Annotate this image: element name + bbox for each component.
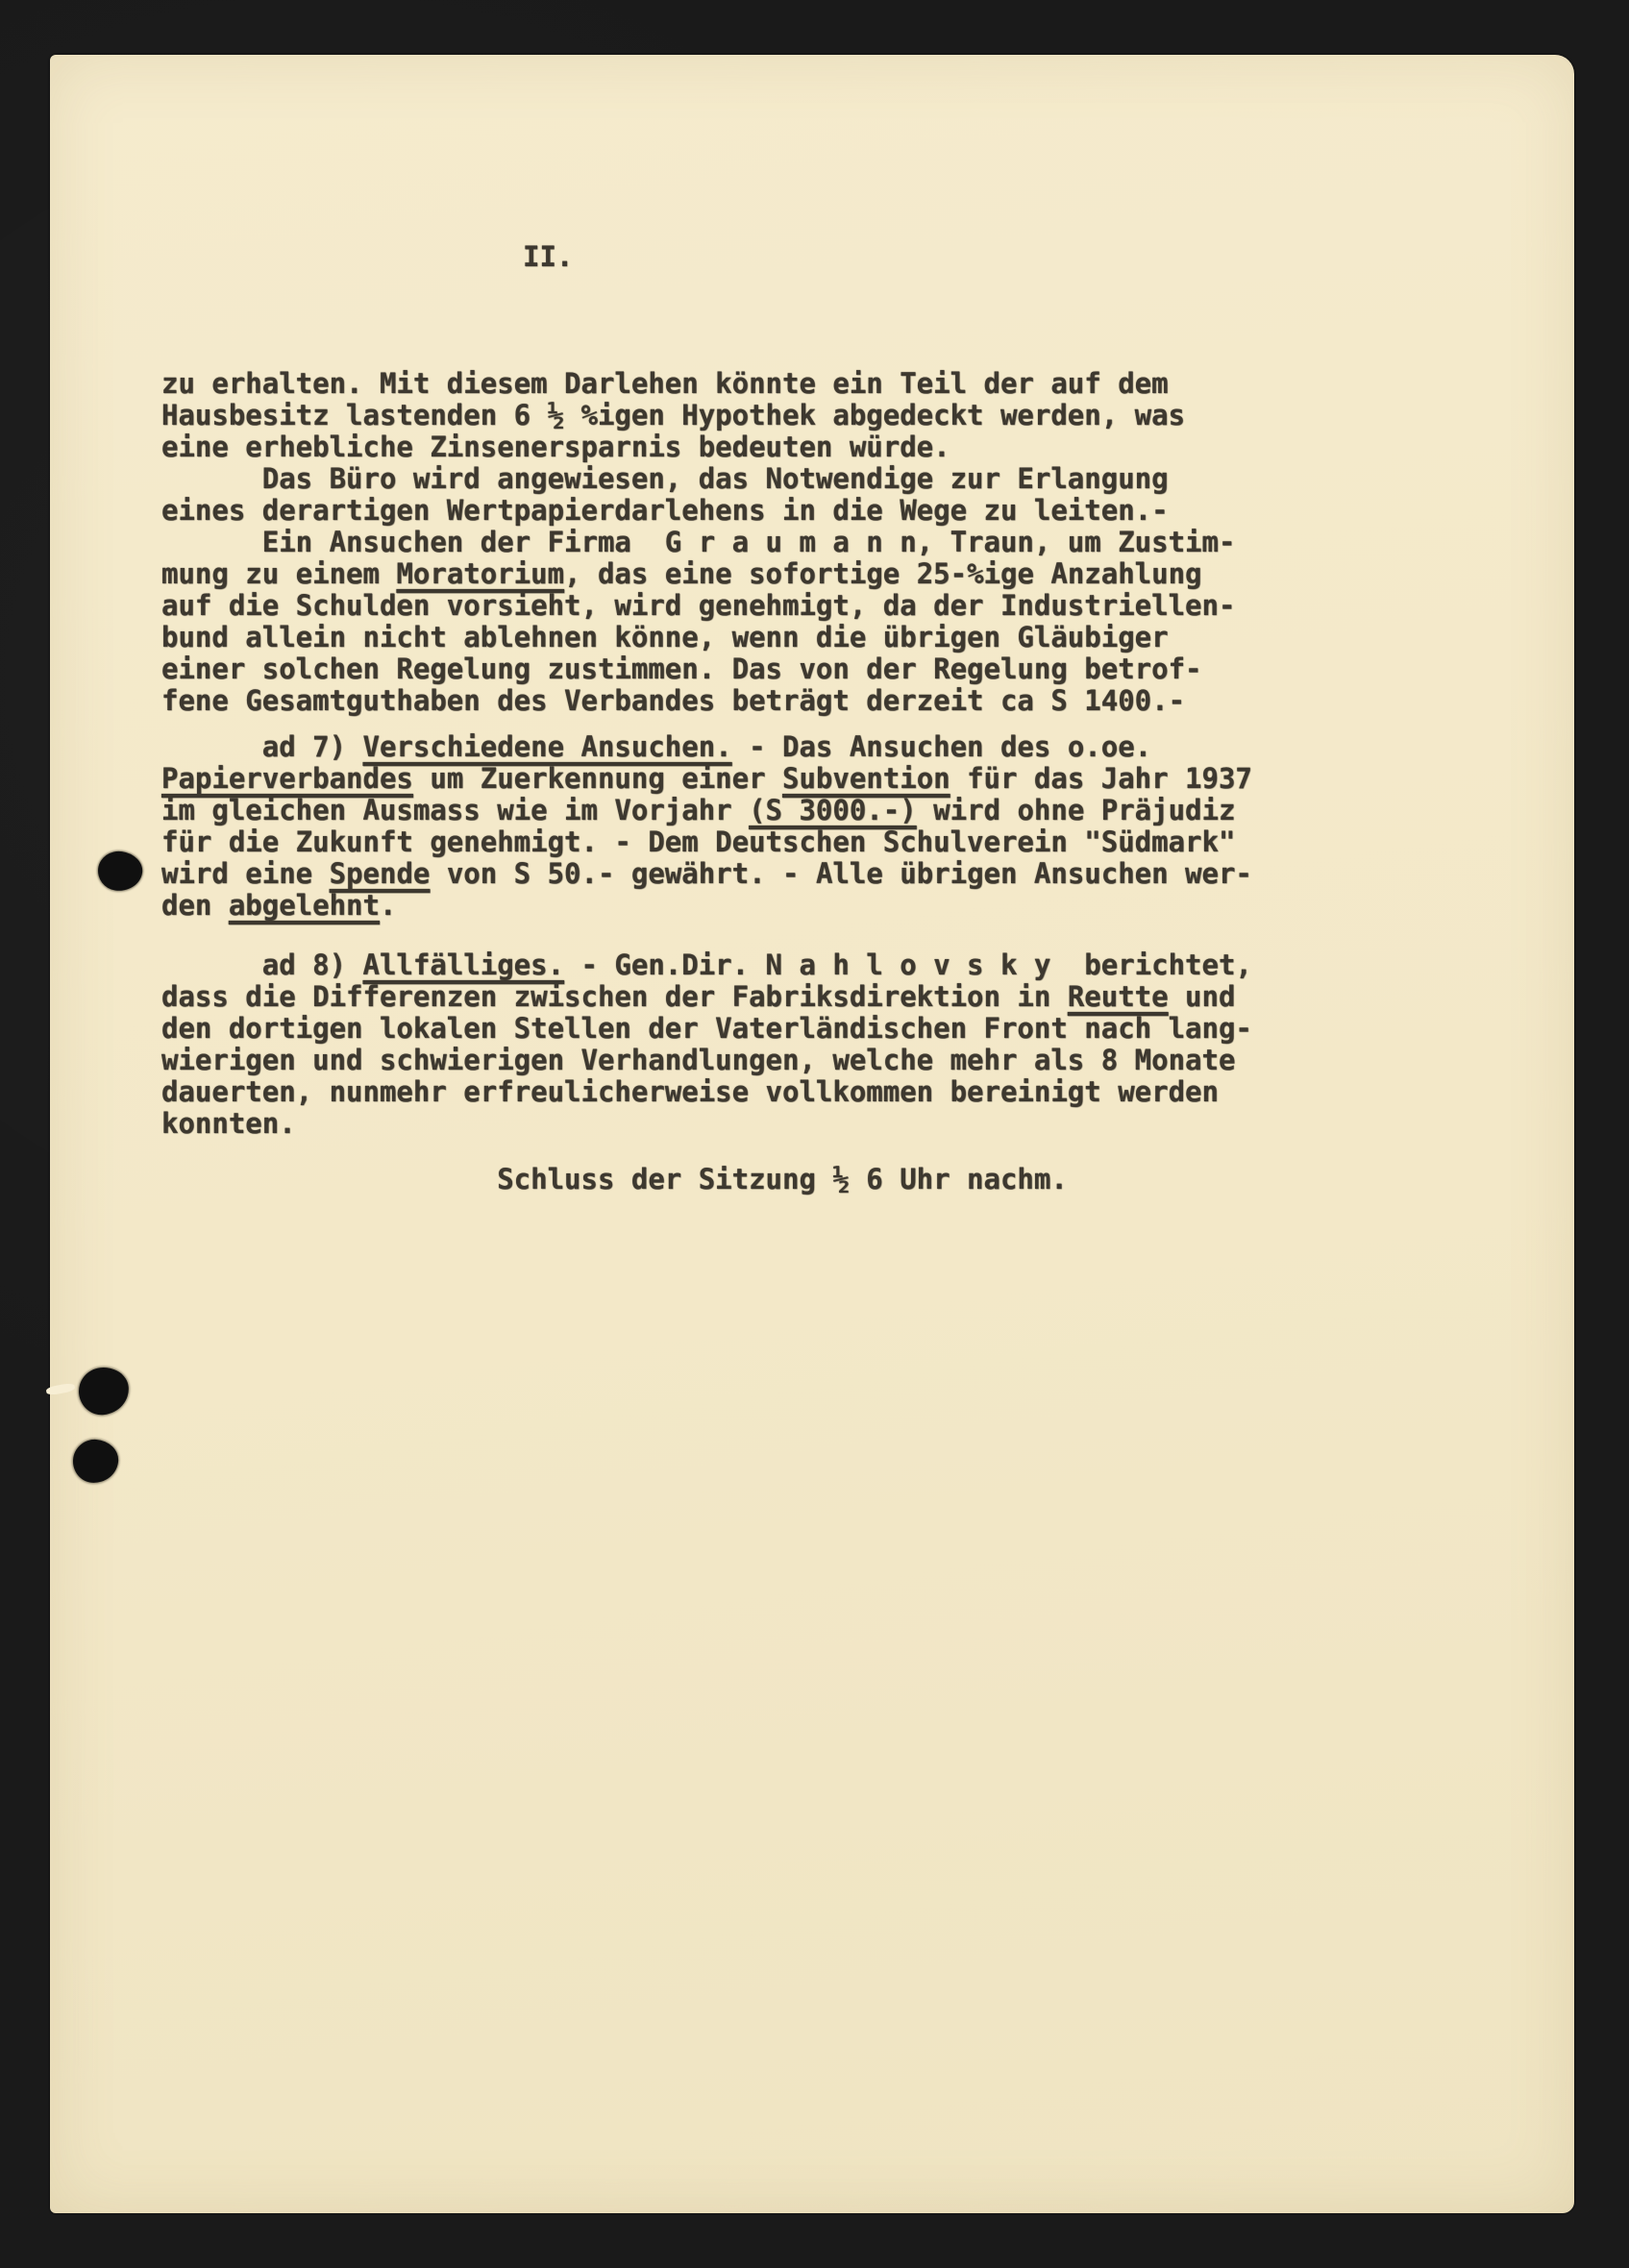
text-line: zu erhalten. Mit diesem Darlehen könnte … bbox=[161, 368, 1536, 400]
text-run: den bbox=[161, 889, 229, 922]
underlined-text: Spende bbox=[330, 857, 431, 890]
text-run: eine erhebliche Zinsenersparnis bedeuten… bbox=[161, 431, 950, 463]
text-line: Hausbesitz lastenden 6 ½ %igen Hypothek … bbox=[161, 400, 1536, 431]
text-line: im gleichen Ausmass wie im Vorjahr (S 30… bbox=[161, 795, 1536, 826]
punch-hole bbox=[95, 849, 144, 894]
text-run: eines derartigen Wertpapierdarlehens in … bbox=[161, 494, 1169, 527]
paragraph: ad 8) Allfälliges. - Gen.Dir. N a h l o … bbox=[161, 949, 1536, 1140]
underlined-text: Subvention bbox=[782, 762, 950, 795]
underlined-text: Reutte bbox=[1068, 980, 1169, 1013]
text-line: den dortigen lokalen Stellen der Vaterlä… bbox=[161, 1013, 1536, 1045]
underlined-text: Papierverbandes bbox=[161, 762, 413, 795]
underlined-text: Moratorium bbox=[396, 557, 564, 590]
paragraph: Schluss der Sitzung ½ 6 Uhr nachm. bbox=[161, 1164, 1536, 1196]
text-run: . bbox=[380, 889, 396, 922]
underlined-text: Allfälliges. bbox=[363, 949, 565, 981]
text-body: zu erhalten. Mit diesem Darlehen könnte … bbox=[161, 368, 1536, 1196]
text-line: für die Zukunft genehmigt. - Dem Deutsch… bbox=[161, 826, 1536, 858]
text-run: mung zu einem bbox=[161, 557, 396, 590]
text-run: ad 7) bbox=[161, 730, 363, 763]
text-run: wird eine bbox=[161, 857, 330, 890]
text-line: Schluss der Sitzung ½ 6 Uhr nachm. bbox=[161, 1164, 1536, 1196]
underlined-text: Verschiedene Ansuchen. bbox=[363, 730, 732, 763]
text-run: wierigen und schwierigen Verhandlungen, … bbox=[161, 1044, 1235, 1076]
text-run: - Das Ansuchen des o.oe. bbox=[732, 730, 1152, 763]
text-run: , das eine sofortige 25-%ige Anzahlung bbox=[564, 557, 1201, 590]
text-run: einer solchen Regelung zustimmen. Das vo… bbox=[161, 653, 1202, 685]
text-run: dauerten, nunmehr erfreulicherweise voll… bbox=[161, 1075, 1219, 1108]
text-run: und bbox=[1169, 980, 1236, 1013]
text-run: Das Büro wird angewiesen, das Notwendige… bbox=[161, 462, 1169, 495]
text-run: bund allein nicht ablehnen könne, wenn d… bbox=[161, 621, 1169, 653]
text-run: dass die Differenzen zwischen der Fabrik… bbox=[161, 980, 1068, 1013]
text-run: für das Jahr 1937 bbox=[950, 762, 1252, 795]
paper-edge-nick bbox=[45, 1382, 75, 1395]
text-line: mung zu einem Moratorium, das eine sofor… bbox=[161, 558, 1536, 590]
underlined-text: abgelehnt bbox=[229, 889, 380, 922]
text-run: fene Gesamtguthaben des Verbandes beträg… bbox=[161, 684, 1185, 717]
text-line: auf die Schulden vorsieht, wird genehmig… bbox=[161, 590, 1536, 622]
text-line: den abgelehnt. bbox=[161, 890, 1536, 922]
text-run: Schluss der Sitzung ½ 6 Uhr nachm. bbox=[161, 1163, 1068, 1196]
text-run: Ein Ansuchen der Firma G r a u m a n n, … bbox=[161, 526, 1235, 558]
text-line: dauerten, nunmehr erfreulicherweise voll… bbox=[161, 1076, 1536, 1108]
text-run: auf die Schulden vorsieht, wird genehmig… bbox=[161, 589, 1235, 622]
document-page: II. zu erhalten. Mit diesem Darlehen kön… bbox=[50, 55, 1574, 2213]
text-line: Das Büro wird angewiesen, das Notwendige… bbox=[161, 463, 1536, 495]
text-line: Ein Ansuchen der Firma G r a u m a n n, … bbox=[161, 527, 1536, 558]
text-line: wierigen und schwierigen Verhandlungen, … bbox=[161, 1045, 1536, 1076]
text-line: wird eine Spende von S 50.- gewährt. - A… bbox=[161, 858, 1536, 890]
text-line: ad 8) Allfälliges. - Gen.Dir. N a h l o … bbox=[161, 949, 1536, 981]
text-run: - Gen.Dir. N a h l o v s k y berichtet, bbox=[564, 949, 1252, 981]
page-number: II. bbox=[523, 241, 573, 273]
text-line: eine erhebliche Zinsenersparnis bedeuten… bbox=[161, 431, 1536, 463]
underlined-text: (S 3000.-) bbox=[749, 794, 917, 826]
text-line: Papierverbandes um Zuerkennung einer Sub… bbox=[161, 763, 1536, 795]
paragraph: zu erhalten. Mit diesem Darlehen könnte … bbox=[161, 368, 1536, 717]
text-run: konnten. bbox=[161, 1107, 296, 1140]
text-run: für die Zukunft genehmigt. - Dem Deutsch… bbox=[161, 826, 1235, 858]
text-run: Hausbesitz lastenden 6 ½ %igen Hypothek … bbox=[161, 399, 1185, 431]
text-line: konnten. bbox=[161, 1108, 1536, 1140]
paragraph: ad 7) Verschiedene Ansuchen. - Das Ansuc… bbox=[161, 731, 1536, 922]
text-run: zu erhalten. Mit diesem Darlehen könnte … bbox=[161, 367, 1169, 400]
text-line: ad 7) Verschiedene Ansuchen. - Das Ansuc… bbox=[161, 731, 1536, 763]
text-line: einer solchen Regelung zustimmen. Das vo… bbox=[161, 653, 1536, 685]
text-run: von S 50.- gewährt. - Alle übrigen Ansuc… bbox=[430, 857, 1252, 890]
text-run: wird ohne Präjudiz bbox=[917, 794, 1236, 826]
text-line: bund allein nicht ablehnen könne, wenn d… bbox=[161, 622, 1536, 653]
punch-hole bbox=[77, 1365, 132, 1417]
text-run: ad 8) bbox=[161, 949, 363, 981]
text-line: dass die Differenzen zwischen der Fabrik… bbox=[161, 981, 1536, 1013]
text-run: den dortigen lokalen Stellen der Vaterlä… bbox=[161, 1012, 1252, 1045]
text-run: im gleichen Ausmass wie im Vorjahr bbox=[161, 794, 749, 826]
punch-hole bbox=[71, 1438, 119, 1484]
text-run: um Zuerkennung einer bbox=[413, 762, 782, 795]
text-line: fene Gesamtguthaben des Verbandes beträg… bbox=[161, 685, 1536, 717]
text-line: eines derartigen Wertpapierdarlehens in … bbox=[161, 495, 1536, 527]
